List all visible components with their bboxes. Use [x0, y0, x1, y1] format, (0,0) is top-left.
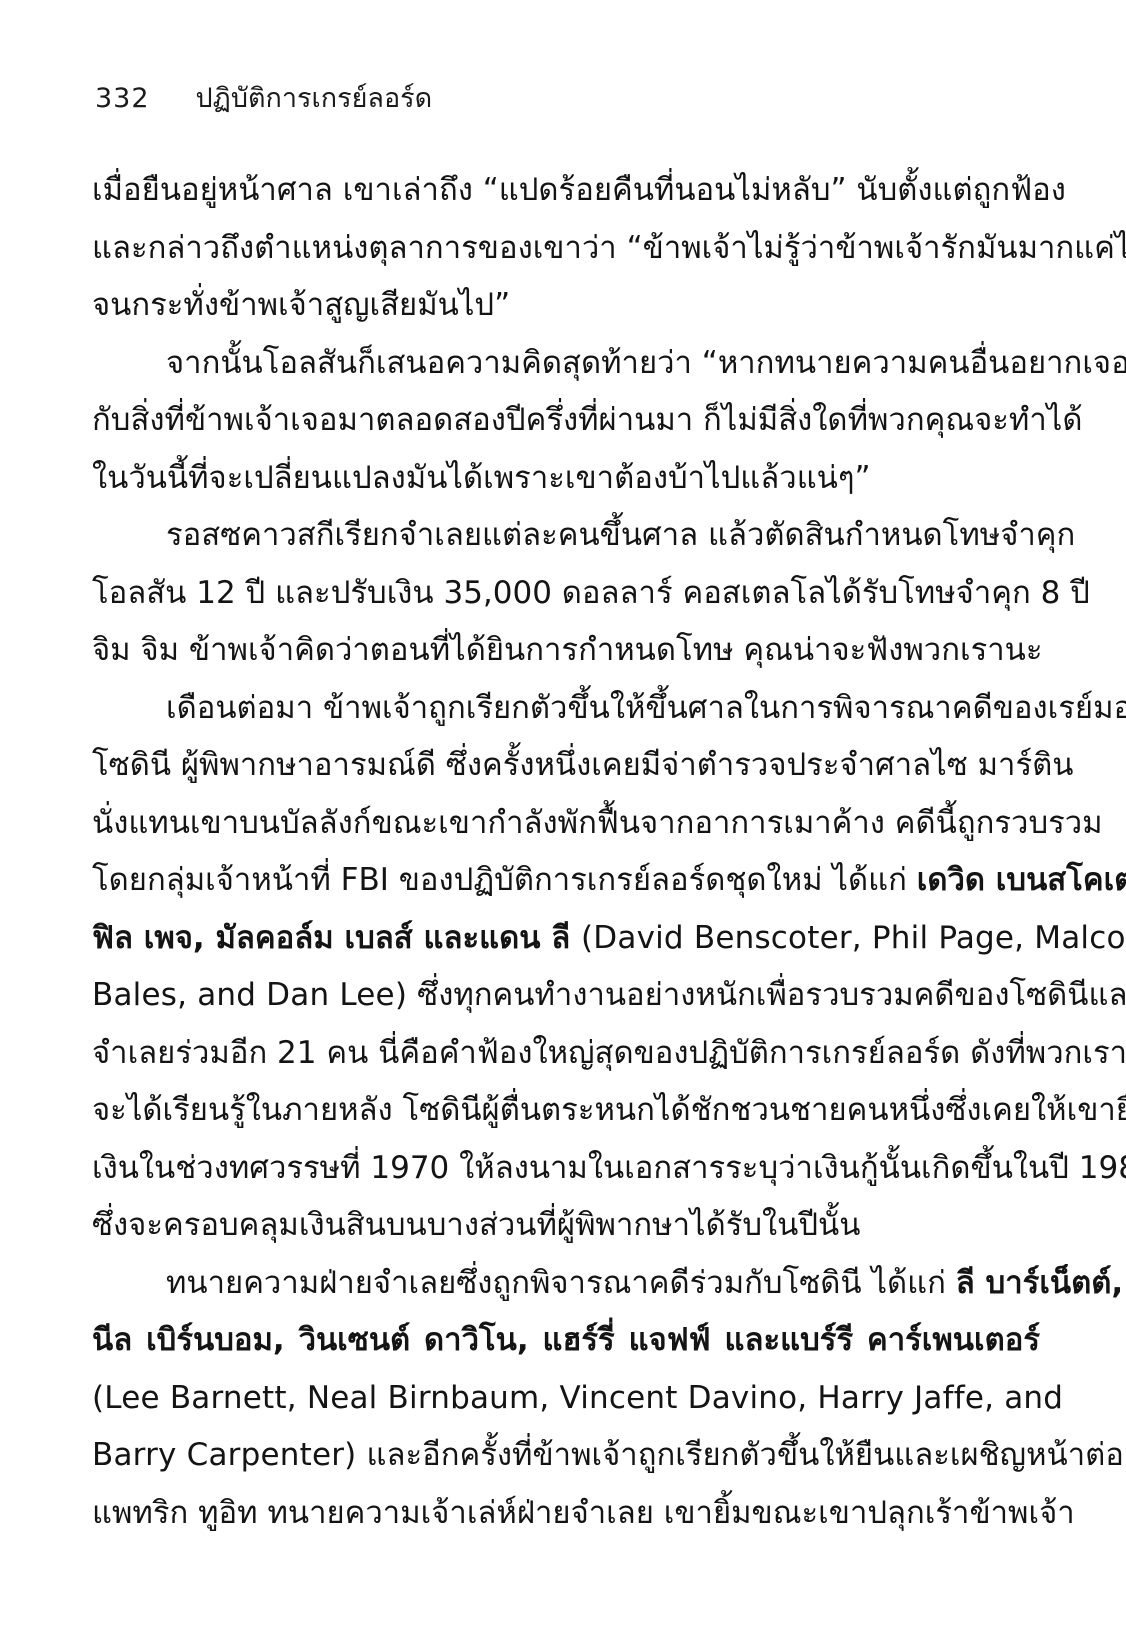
text-segment: จำเลยร่วมอีก 21 คน นี่คือคำฟ้องใหญ่สุดขอ…	[92, 1035, 1126, 1071]
page-number: 332	[95, 82, 150, 116]
body-line: จะได้เรียนรู้ในภายหลัง โซดินีผู้ตื่นตระห…	[92, 1082, 1040, 1140]
text-segment: โอลสัน 12 ปี และปรับเงิน 35,000 ดอลลาร์ …	[92, 575, 1090, 611]
text-segment: ซึ่งจะครอบคลุมเงินสินบนบางส่วนที่ผู้พิพา…	[92, 1207, 860, 1243]
text-segment: Barry Carpenter)	[92, 1437, 367, 1473]
bold-text-segment: ลี บาร์เน็ตต์,	[956, 1265, 1123, 1301]
body-line: จากนั้นโอลสันก็เสนอความคิดสุดท้ายว่า “หา…	[92, 335, 1040, 393]
text-segment: จิม จิม ข้าพเจ้าคิดว่าตอนที่ได้ยินการกำห…	[92, 632, 1042, 668]
chapter-title: ปฏิบัติการเกรย์ลอร์ด	[196, 82, 433, 116]
body-line: Barry Carpenter) และอีกครั้งที่ข้าพเจ้าถ…	[92, 1427, 1040, 1485]
body-line: รอสซคาวสกีเรียกจำเลยแต่ละคนขึ้นศาล แล้วต…	[92, 507, 1040, 565]
text-segment: ในวันนี้ที่จะเปลี่ยนแปลงมันได้เพราะเขาต้…	[92, 460, 871, 496]
text-segment: Bales, and Dan Lee)	[92, 977, 417, 1013]
text-segment: รอสซคาวสกีเรียกจำเลยแต่ละคนขึ้นศาล แล้วต…	[166, 517, 1075, 553]
body-line: โซดินี ผู้พิพากษาอารมณ์ดี ซึ่งครั้งหนึ่ง…	[92, 737, 1040, 795]
body-text: เมื่อยืนอยู่หน้าศาล เขาเล่าถึง “แปดร้อยค…	[92, 162, 1040, 1542]
body-line: กับสิ่งที่ข้าพเจ้าเจอมาตลอดสองปีครึ่งที่…	[92, 392, 1040, 450]
body-line: จนกระทั่งข้าพเจ้าสูญเสียมันไป”	[92, 277, 1040, 335]
body-line: เมื่อยืนอยู่หน้าศาล เขาเล่าถึง “แปดร้อยค…	[92, 162, 1040, 220]
body-line: ซึ่งจะครอบคลุมเงินสินบนบางส่วนที่ผู้พิพา…	[92, 1197, 1040, 1255]
text-segment: แพทริก ทูอิท ทนายความเจ้าเล่ห์ฝ่ายจำเลย …	[92, 1495, 1075, 1531]
body-line: ฟิล เพจ, มัลคอล์ม เบลส์ และแดน ลี (David…	[92, 910, 1040, 968]
text-segment: เงินในช่วงทศวรรษที่ 1970 ให้ลงนามในเอกสา…	[92, 1150, 1126, 1186]
body-line: (Lee Barnett, Neal Birnbaum, Vincent Dav…	[92, 1370, 1040, 1428]
body-line: นั่งแทนเขาบนบัลลังก์ขณะเขากำลังพักฟื้นจา…	[92, 795, 1040, 853]
book-page: 332 ปฏิบัติการเกรย์ลอร์ด เมื่อยืนอยู่หน้…	[0, 0, 1126, 1638]
bold-text-segment: เดวิด เบนสโคเตอร์,	[917, 862, 1126, 898]
body-line: แพทริก ทูอิท ทนายความเจ้าเล่ห์ฝ่ายจำเลย …	[92, 1485, 1040, 1543]
body-line: โดยกลุ่มเจ้าหน้าที่ FBI ของปฏิบัติการเกร…	[92, 852, 1040, 910]
text-segment: เมื่อยืนอยู่หน้าศาล เขาเล่าถึง “แปดร้อยค…	[92, 172, 1066, 208]
text-segment: นั่งแทนเขาบนบัลลังก์ขณะเขากำลังพักฟื้นจา…	[92, 805, 1103, 841]
bold-text-segment: ฟิล เพจ, มัลคอล์ม เบลส์ และแดน ลี	[92, 920, 581, 956]
text-segment: จนกระทั่งข้าพเจ้าสูญเสียมันไป”	[92, 287, 510, 323]
body-line: เดือนต่อมา ข้าพเจ้าถูกเรียกตัวขึ้นให้ขึ้…	[92, 680, 1040, 738]
text-segment: โซดินี ผู้พิพากษาอารมณ์ดี ซึ่งครั้งหนึ่ง…	[92, 747, 1073, 783]
body-line: นีล เบิร์นบอม, วินเซนต์ ดาวิโน, แฮร์รี่ …	[92, 1312, 1040, 1370]
text-segment: จะได้เรียนรู้ในภายหลัง โซดินีผู้ตื่นตระห…	[92, 1092, 1126, 1128]
body-line: ในวันนี้ที่จะเปลี่ยนแปลงมันได้เพราะเขาต้…	[92, 450, 1040, 508]
text-segment: ซึ่งทุกคนทำงานอย่างหนักเพื่อรวบรวมคดีของ…	[417, 977, 1126, 1013]
text-segment: และอีกครั้งที่ข้าพเจ้าถูกเรียกตัวขึ้นให้…	[367, 1437, 1124, 1473]
text-segment: ทนายความฝ่ายจำเลยซึ่งถูกพิจารณาคดีร่วมกั…	[166, 1265, 956, 1301]
body-line: โอลสัน 12 ปี และปรับเงิน 35,000 ดอลลาร์ …	[92, 565, 1040, 623]
body-line: จิม จิม ข้าพเจ้าคิดว่าตอนที่ได้ยินการกำห…	[92, 622, 1040, 680]
body-line: Bales, and Dan Lee) ซึ่งทุกคนทำงานอย่างห…	[92, 967, 1040, 1025]
body-line: เงินในช่วงทศวรรษที่ 1970 ให้ลงนามในเอกสา…	[92, 1140, 1040, 1198]
text-segment: จากนั้นโอลสันก็เสนอความคิดสุดท้ายว่า “หา…	[166, 345, 1126, 381]
bold-text-segment: นีล เบิร์นบอม, วินเซนต์ ดาวิโน, แฮร์รี่ …	[92, 1322, 1040, 1358]
text-segment: กับสิ่งที่ข้าพเจ้าเจอมาตลอดสองปีครึ่งที่…	[92, 402, 1083, 438]
running-header: 332 ปฏิบัติการเกรย์ลอร์ด	[95, 82, 1040, 116]
text-segment: (David Benscoter, Phil Page, Malcolm	[581, 920, 1126, 956]
body-line: และกล่าวถึงตำแหน่งตุลาการของเขาว่า “ข้าพ…	[92, 220, 1040, 278]
text-segment: เดือนต่อมา ข้าพเจ้าถูกเรียกตัวขึ้นให้ขึ้…	[166, 690, 1126, 726]
text-segment: และกล่าวถึงตำแหน่งตุลาการของเขาว่า “ข้าพ…	[92, 230, 1126, 266]
body-line: ทนายความฝ่ายจำเลยซึ่งถูกพิจารณาคดีร่วมกั…	[92, 1255, 1040, 1313]
text-segment: (Lee Barnett, Neal Birnbaum, Vincent Dav…	[92, 1380, 1063, 1416]
text-segment: โดยกลุ่มเจ้าหน้าที่ FBI ของปฏิบัติการเกร…	[92, 862, 917, 898]
body-line: จำเลยร่วมอีก 21 คน นี่คือคำฟ้องใหญ่สุดขอ…	[92, 1025, 1040, 1083]
